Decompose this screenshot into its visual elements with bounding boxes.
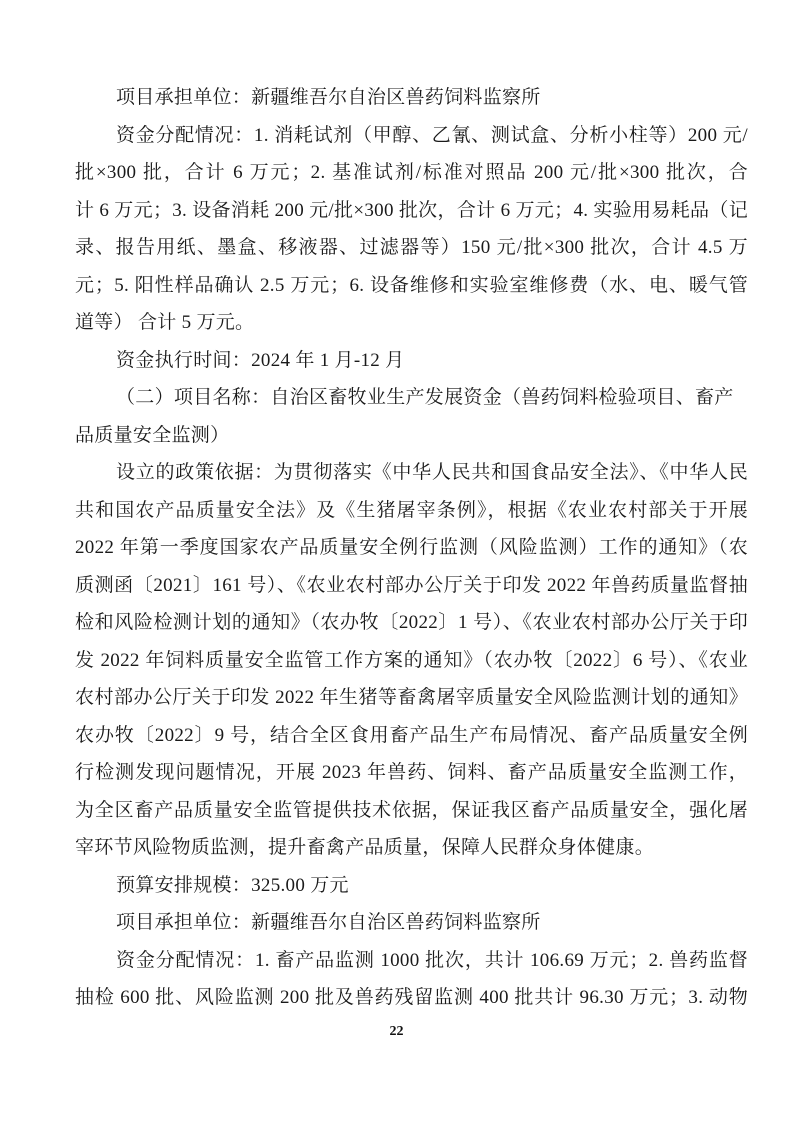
document-page: 项目承担单位：新疆维吾尔自治区兽药饲料监察所资金分配情况：1. 消耗试剂（甲醇、…	[0, 0, 793, 1122]
text-line: 检和风险检测计划的通知》（农办牧〔2022〕1 号）、《农业农村部办公厅关于印	[75, 604, 748, 642]
paragraph-project-name: （二）项目名称：自治区畜牧业生产发展资金（兽药饲料检验项目、畜产品质量安全监测）	[75, 379, 748, 454]
page-number: 22	[390, 1024, 404, 1039]
text-line: 品质量安全监测）	[75, 417, 748, 455]
paragraph-budget-scale: 预算安排规模：325.00 万元	[75, 867, 748, 905]
text-line: 道等） 合计 5 万元。	[75, 304, 748, 342]
text-line: 录、报告用纸、墨盒、移液器、过滤器等）150 元/批×300 批次，合计 4.5…	[75, 229, 748, 267]
text-line: （二）项目名称：自治区畜牧业生产发展资金（兽药饲料检验项目、畜产	[75, 379, 748, 417]
text-line: 项目承担单位：新疆维吾尔自治区兽药饲料监察所	[75, 79, 748, 117]
text-line: 宰环节风险物质监测，提升畜禽产品质量，保障人民群众身体健康。	[75, 829, 748, 867]
text-line: 资金分配情况：1. 畜产品监测 1000 批次，共计 106.69 万元；2. …	[75, 942, 748, 980]
paragraph-fund-allocation-2: 资金分配情况：1. 畜产品监测 1000 批次，共计 106.69 万元；2. …	[75, 942, 748, 1017]
text-line: 预算安排规模：325.00 万元	[75, 867, 748, 905]
text-line: 为全区畜产品质量安全监管提供技术依据，保证我区畜产品质量安全，强化屠	[75, 792, 748, 830]
text-line: 资金分配情况：1. 消耗试剂（甲醇、乙氰、测试盒、分析小柱等）200 元/	[75, 117, 748, 155]
text-line: 发 2022 年饲料质量安全监管工作方案的通知》（农办牧〔2022〕6 号）、《…	[75, 642, 748, 680]
paragraph-policy-basis: 设立的政策依据：为贯彻落实《中华人民共和国食品安全法》、《中华人民共和国农产品质…	[75, 454, 748, 867]
paragraph-fund-allocation-1: 资金分配情况：1. 消耗试剂（甲醇、乙氰、测试盒、分析小柱等）200 元/批×3…	[75, 117, 748, 342]
text-line: 2022 年第一季度国家农产品质量安全例行监测（风险监测）工作的通知》（农	[75, 529, 748, 567]
text-line: 行检测发现问题情况，开展 2023 年兽药、饲料、畜产品质量安全监测工作，	[75, 754, 748, 792]
paragraph-fund-execution-time: 资金执行时间：2024 年 1 月-12 月	[75, 342, 748, 380]
text-line: 项目承担单位：新疆维吾尔自治区兽药饲料监察所	[75, 904, 748, 942]
text-line: 批×300 批，合计 6 万元；2. 基准试剂/标准对照品 200 元/批×30…	[75, 154, 748, 192]
text-line: 农村部办公厅关于印发 2022 年生猪等畜禽屠宰质量安全风险监测计划的通知》	[75, 679, 748, 717]
text-line: 计 6 万元；3. 设备消耗 200 元/批×300 批次，合计 6 万元；4.…	[75, 192, 748, 230]
text-line: 资金执行时间：2024 年 1 月-12 月	[75, 342, 748, 380]
document-body: 项目承担单位：新疆维吾尔自治区兽药饲料监察所资金分配情况：1. 消耗试剂（甲醇、…	[75, 79, 748, 1017]
text-line: 共和国农产品质量安全法》及《生猪屠宰条例》，根据《农业农村部关于开展	[75, 492, 748, 530]
text-line: 抽检 600 批、风险监测 200 批及兽药残留监测 400 批共计 96.30…	[75, 979, 748, 1017]
text-line: 农办牧〔2022〕9 号，结合全区食用畜产品生产布局情况、畜产品质量安全例	[75, 717, 748, 755]
text-line: 元；5. 阳性样品确认 2.5 万元；6. 设备维修和实验室维修费（水、电、暖气…	[75, 267, 748, 305]
paragraph-project-undertaker-2: 项目承担单位：新疆维吾尔自治区兽药饲料监察所	[75, 904, 748, 942]
page-footer: 22	[0, 1022, 793, 1042]
text-line: 设立的政策依据：为贯彻落实《中华人民共和国食品安全法》、《中华人民	[75, 454, 748, 492]
text-line: 质测函〔2021〕161 号）、《农业农村部办公厅关于印发 2022 年兽药质量…	[75, 567, 748, 605]
paragraph-project-undertaker-1: 项目承担单位：新疆维吾尔自治区兽药饲料监察所	[75, 79, 748, 117]
